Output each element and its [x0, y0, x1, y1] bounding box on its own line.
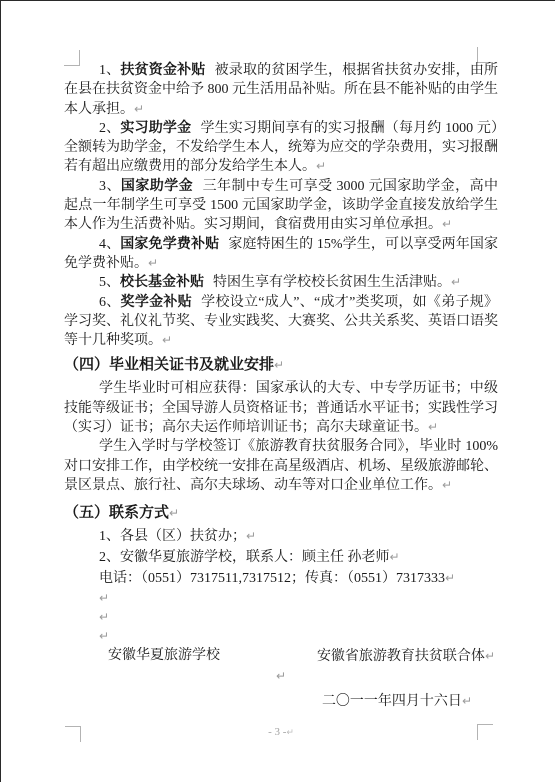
paragraph-mark-icon: ↵ [316, 159, 326, 173]
section-heading-contact: （五）联系方式↵ [64, 503, 498, 523]
signature-consortium: 安徽省旅游教育扶贫联合体↵ [317, 646, 495, 666]
empty-paragraph: ↵ [64, 589, 498, 608]
benefit-paragraph-5: 5、校长基金补贴特困生享有学校校长贫困生生活津贴。↵ [64, 273, 498, 292]
paragraph-mark-icon: ↵ [462, 694, 472, 708]
paragraph-mark-icon: ↵ [276, 669, 286, 683]
empty-paragraph: ↵ [64, 608, 498, 627]
item-number: 5、 [99, 275, 120, 290]
paragraph-mark-icon: ↵ [134, 102, 144, 116]
empty-paragraph: ↵ [64, 627, 498, 646]
contact-line-county-offices: 1、各县（区）扶贫办；↵ [64, 526, 498, 547]
certificates-paragraph: 学生毕业时可相应获得：国家承认的大专、中专学历证书；中级技能等级证书；全国导游人… [64, 379, 498, 437]
contact-text: 1、各县（区）扶贫办； [99, 529, 246, 544]
contact-text: 2、安徽华夏旅游学校，联系人：顾主任 孙老师 [99, 550, 390, 565]
paragraph-mark-icon: ↵ [274, 358, 284, 372]
paragraph-mark-icon: ↵ [246, 529, 256, 543]
paragraph-mark-icon: ↵ [99, 629, 109, 643]
item-term: 国家助学金 [121, 179, 193, 194]
paragraph-mark-icon: ↵ [442, 217, 452, 231]
signature-consortium-text: 安徽省旅游教育扶贫联合体 [317, 649, 485, 664]
benefit-paragraph-1: 1、扶贫资金补贴被录取的贫困学生，根据省扶贫办安排，由所在县在扶贫资金中给予 8… [64, 61, 498, 119]
benefit-paragraph-4: 4、国家免学费补贴家庭特困生的 15%学生，可以享受两年国家免学费补贴。↵ [64, 235, 498, 274]
paragraph-mark-icon: ↵ [442, 478, 452, 492]
document-date: 二〇一一年四月十六日↵ [64, 691, 498, 712]
item-number: 6、 [99, 295, 121, 310]
page-number: - 3 - [268, 726, 286, 738]
item-term: 校长基金补贴 [120, 275, 204, 290]
empty-paragraph-centered: ↵ [64, 666, 498, 686]
section-heading-certificates-employment: （四）毕业相关证书及就业安排↵ [64, 355, 498, 375]
item-number: 3、 [99, 179, 121, 194]
signature-row: 安徽华夏旅游学校 安徽省旅游教育扶贫联合体↵ [64, 646, 498, 666]
date-text: 二〇一一年四月十六日 [322, 694, 462, 709]
heading-text: （四）毕业相关证书及就业安排 [64, 357, 274, 373]
paragraph-text: 学生入学时与学校签订《旅游教育扶贫服务合同》，毕业时 100%对口安排工作，由学… [64, 439, 498, 493]
paragraph-mark-icon: ↵ [99, 610, 109, 624]
item-number: 2、 [99, 121, 120, 136]
paragraph-mark-icon: ↵ [162, 333, 172, 347]
paragraph-mark-icon: ↵ [99, 591, 109, 605]
item-term: 实习助学金 [120, 121, 191, 136]
paragraph-mark-icon: ↵ [148, 256, 158, 270]
paragraph-mark-icon: ↵ [485, 649, 495, 663]
document-text-area[interactable]: 1、扶贫资金补贴被录取的贫困学生，根据省扶贫办安排，由所在县在扶贫资金中给予 8… [64, 61, 498, 712]
contact-text: 电话：（0551）7317511,7317512；传真：（0551）731733… [99, 571, 445, 586]
paragraph-mark-icon: ↵ [390, 550, 400, 564]
benefit-paragraph-3: 3、国家助学金三年制中专生可享受 3000 元国家助学金，高中起点一年制学生可享… [64, 177, 498, 235]
item-term: 奖学金补贴 [121, 295, 192, 310]
item-number: 1、 [99, 63, 120, 78]
item-text: 特困生享有学校校长贫困生生活津贴。 [213, 275, 451, 290]
paragraph-mark-icon: ↵ [451, 275, 461, 289]
item-term: 国家免学费补贴 [120, 237, 219, 252]
signature-school: 安徽华夏旅游学校 [108, 646, 220, 666]
paragraph-mark-icon: ↵ [428, 420, 438, 434]
page-footer: - 3 -↵ [64, 725, 498, 740]
document-page: 1、扶贫资金补贴被录取的贫困学生，根据省扶贫办安排，由所在县在扶贫资金中给予 8… [0, 0, 555, 782]
contact-line-school: 2、安徽华夏旅游学校，联系人：顾主任 孙老师↵ [64, 547, 498, 568]
heading-text: （五）联系方式 [64, 505, 169, 521]
paragraph-mark-icon: ↵ [286, 728, 294, 738]
benefit-paragraph-6: 6、奖学金补贴学校设立“成人”、“成才”类奖项，如《弟子规》学习奖、礼仪礼节奖、… [64, 293, 498, 351]
employment-paragraph: 学生入学时与学校签订《旅游教育扶贫服务合同》，毕业时 100%对口安排工作，由学… [64, 437, 498, 495]
paragraph-mark-icon: ↵ [445, 571, 455, 585]
contact-line-phone-fax: 电话：（0551）7317511,7317512；传真：（0551）731733… [64, 568, 498, 589]
paragraph-mark-icon: ↵ [169, 506, 179, 520]
item-number: 4、 [99, 237, 120, 252]
benefit-paragraph-2: 2、实习助学金学生实习期间享有的实习报酬（每月约 1000 元）全额转为助学金，… [64, 119, 498, 177]
item-term: 扶贫资金补贴 [120, 63, 205, 78]
